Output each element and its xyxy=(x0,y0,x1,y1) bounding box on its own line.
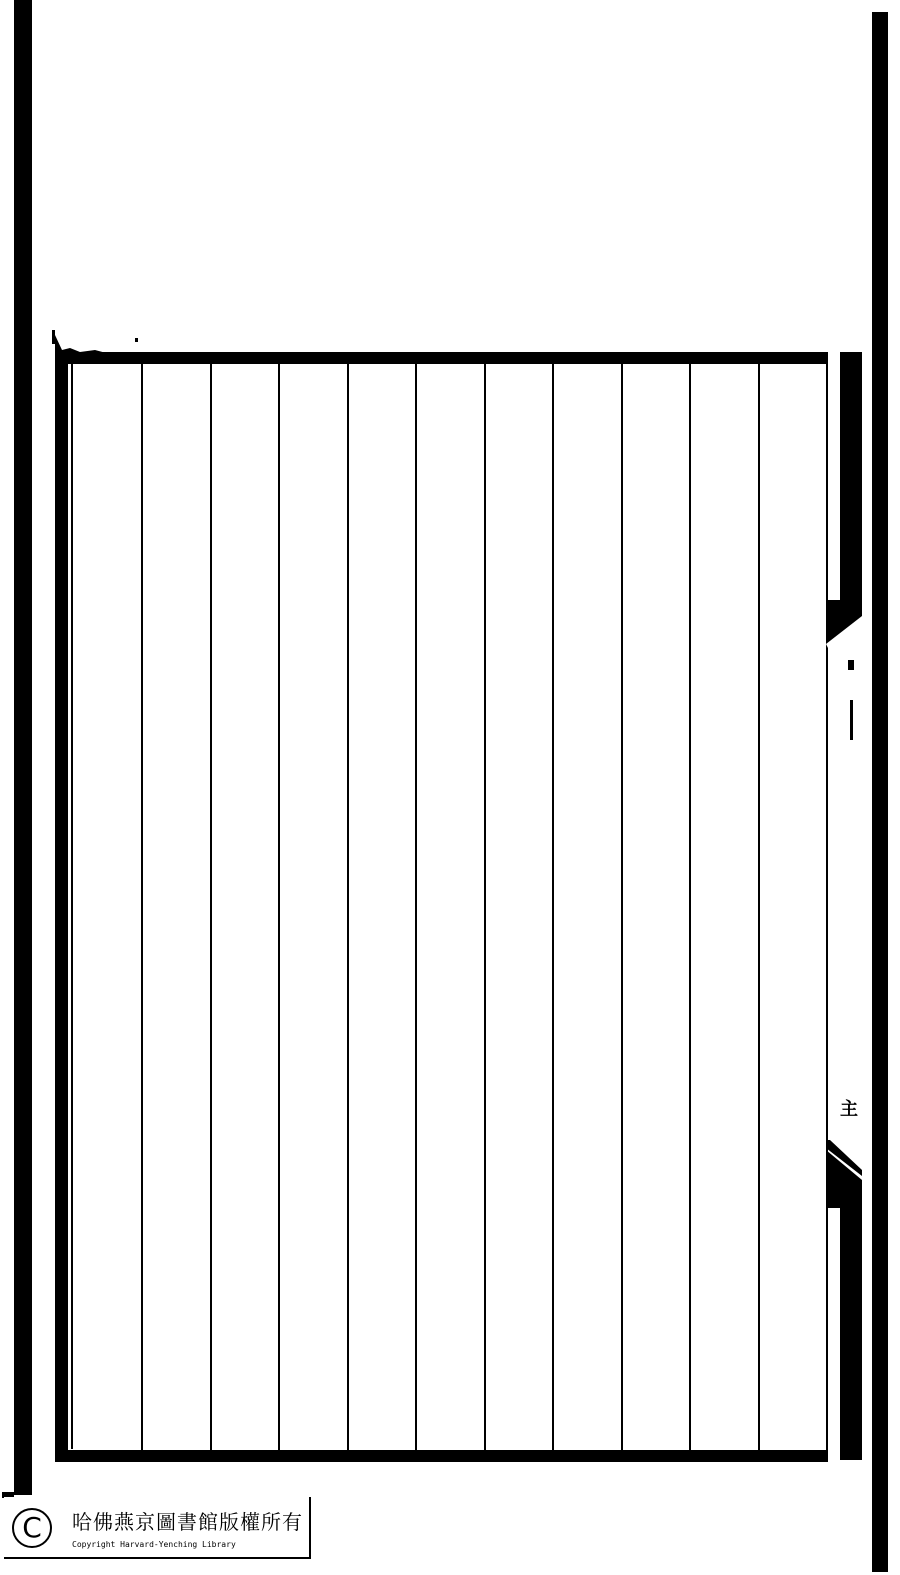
black-mouth-bottom xyxy=(840,1205,862,1460)
column-line xyxy=(484,364,486,1450)
copyright-english-text: Copyright Harvard-Yenching Library xyxy=(72,1540,236,1549)
column-line xyxy=(415,364,417,1450)
black-mouth-top xyxy=(840,352,862,602)
column-line xyxy=(621,364,623,1450)
frame-inner-line xyxy=(71,364,73,1449)
column-line xyxy=(141,364,143,1450)
scanned-page: 主 C 哈佛燕京圖書館版權所有 Copyright Harvard-Yenchi… xyxy=(0,0,900,1575)
copyright-icon: C xyxy=(12,1508,52,1548)
print-frame xyxy=(55,352,855,1462)
column-line xyxy=(347,364,349,1450)
column-line xyxy=(552,364,554,1450)
fishtail-top-icon xyxy=(826,600,862,648)
column-line xyxy=(689,364,691,1450)
copyright-symbol: C xyxy=(22,1514,42,1542)
banxin-mark xyxy=(850,700,853,740)
column-line xyxy=(278,364,280,1450)
banxin-mark xyxy=(848,660,854,670)
banxin-character: 主 xyxy=(840,1095,858,1121)
fishtail-bottom-icon xyxy=(826,1140,862,1208)
column-line xyxy=(210,364,212,1450)
right-page-edge xyxy=(872,12,888,1572)
copyright-chinese-text: 哈佛燕京圖書館版權所有 xyxy=(72,1506,303,1535)
left-binding-edge xyxy=(14,0,32,1495)
column-line xyxy=(758,364,760,1450)
